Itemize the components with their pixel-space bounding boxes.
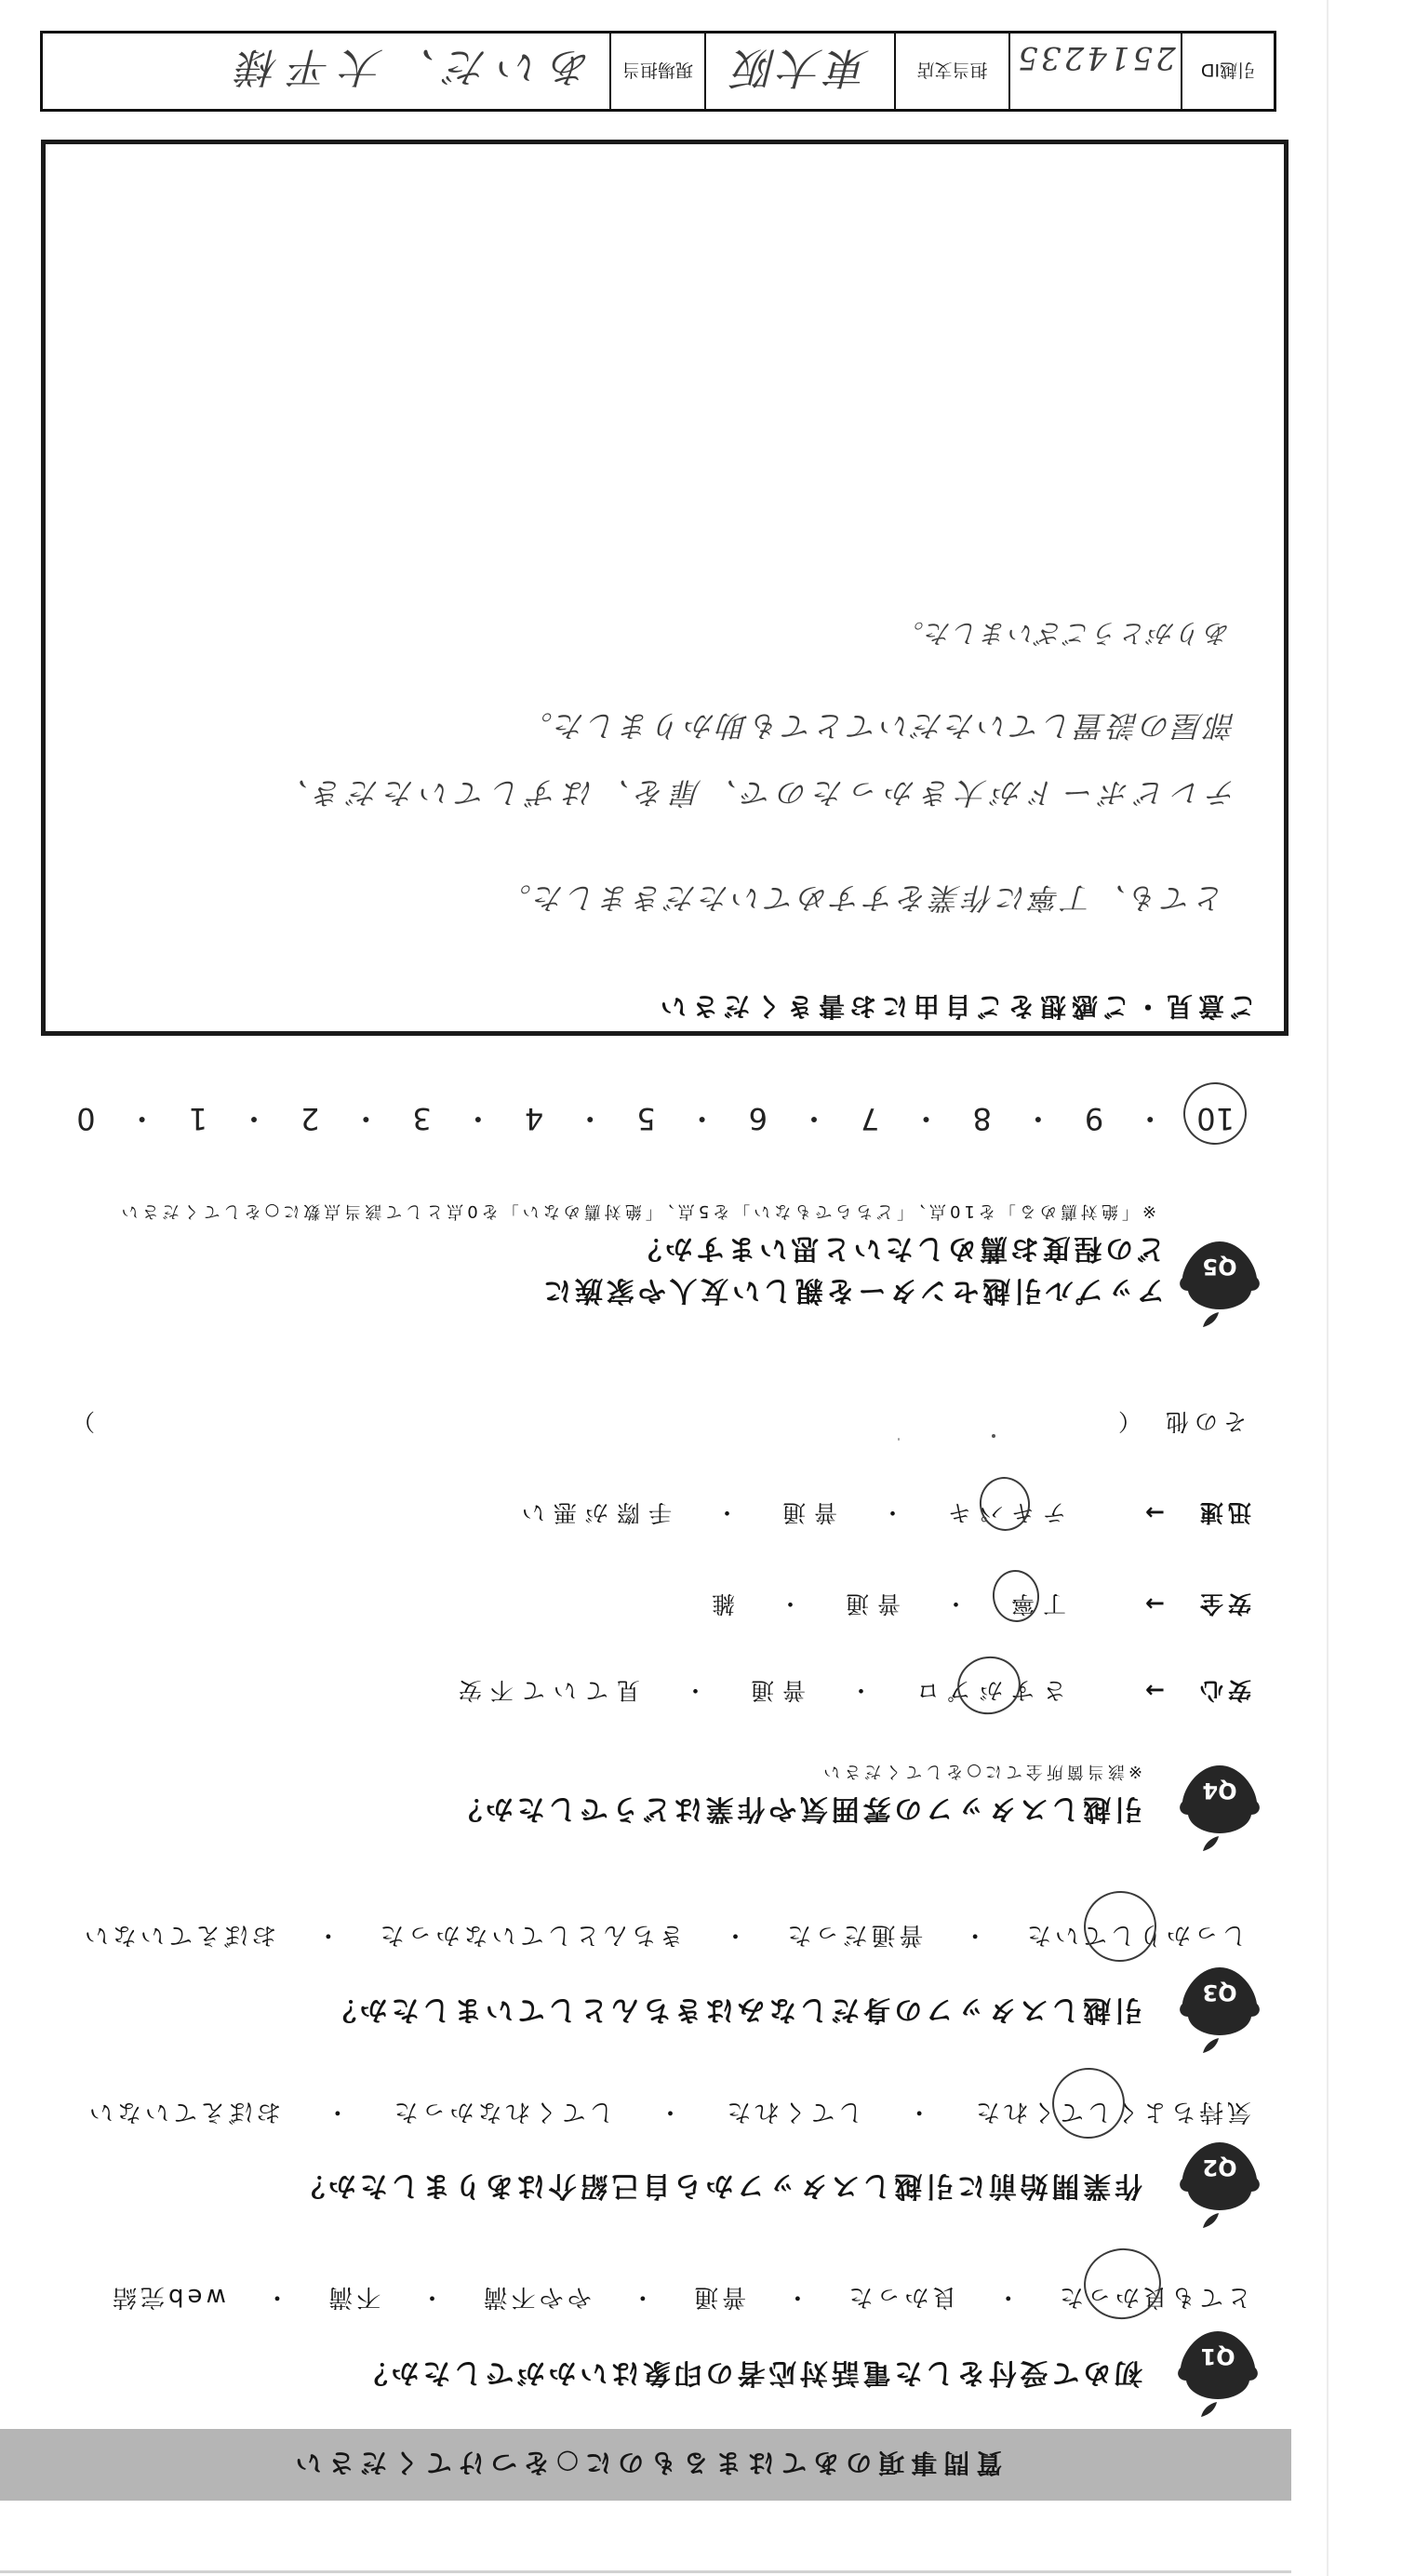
separator-dot: ・ [575,1103,605,1134]
q3-apple-badge-icon: Q3 [1177,1966,1262,2054]
staff-label: 現場担当 [622,59,693,84]
q1-apple-badge-icon: Q1 [1175,2329,1261,2418]
separator-dot: ・ [936,1590,968,1617]
q2-option: おぼえていない [86,2098,281,2126]
q2-badge-label: Q2 [1202,2154,1236,2180]
apple-icon: Q5 [1177,1240,1262,1328]
staff-label-cell: 現場担当 [609,34,704,109]
separator-dot: ・ [903,2098,931,2126]
instruction-banner: 質問事項のあてはまるものに○をつけてください [0,2429,1291,2501]
arrow-right-icon: → [1066,1676,1165,1704]
q3-selected-circle [1078,1885,1162,1967]
paren-close: ） [72,1407,95,1435]
handwritten-comment-line: ありがとうございました。 [896,612,1231,653]
q5-question-text-line2: どの程度お薦めしたいと思いますか？ [630,1233,1165,1263]
separator-dot: ・ [841,1676,873,1704]
score-1: 1 [189,1103,207,1134]
q5-question-text-line1: アップル引越センターを親しい友人や家族に [541,1275,1166,1305]
q5-apple-badge-icon: Q5 [1177,1240,1262,1328]
separator-dot: ・ [720,1921,748,1949]
q5-selected-circle [1180,1079,1251,1149]
q1-question-text: 初めて受付をした電話対応者の印象はいかがでしたか？ [356,2357,1142,2387]
q2-question-text: 作業開始前に引越しスタッフから自己紹介はありましたか？ [293,2170,1142,2200]
q1-options: とても良かった ・ 良かった ・ 普通 ・ やや不満 ・ 不満 ・ web完結 [109,2283,1251,2311]
score-2: 2 [300,1103,319,1134]
score-7: 7 [861,1103,879,1134]
branch-value-cell: 東大阪 [704,34,894,109]
separator-dot: ・ [799,1103,829,1134]
arrow-right-icon: → [1066,1590,1165,1617]
q4-option: 見ていて不安 [450,1676,640,1704]
handwritten-comment-line: テレビボードが大きかったので、扉を、はずしていただき、 [273,772,1237,813]
paren-open: （ [1118,1407,1142,1435]
q1-option: 不満 [325,2283,381,2311]
separator-dot: ・ [688,1103,717,1134]
q3-option: 普通だった [783,1921,923,1949]
separator-dot: ・ [1023,1103,1053,1134]
q5-score-scale: 10 ・ 9 ・ 8 ・ 7 ・ 6 ・ 5 ・ 4 ・ 3 ・ 2 ・ 1 ・… [76,1103,1235,1134]
q4-other-label: その他 [1142,1407,1247,1435]
score-9: 9 [1085,1103,1103,1134]
score-6: 6 [749,1103,768,1134]
q4-option: 普通 [774,1498,837,1526]
q1-option: web完結 [109,2283,226,2311]
separator-dot: ・ [322,2098,350,2126]
instruction-banner-text: 質問事項のあてはまるものに○をつけてください [289,2447,1002,2484]
separator-dot: ・ [416,2283,444,2311]
separator-dot: ・ [993,2283,1021,2311]
q4-badge-label: Q4 [1202,1778,1236,1804]
q4-option: 雑 [703,1590,735,1617]
q4-row-label: 迅速 [1165,1498,1251,1526]
q2-option: してくれなかった [391,2098,614,2126]
q4-row-anzen: 安全 → 丁寧 ・ 普通 ・ 雑 [703,1590,1251,1617]
q4-anshin-selected-circle [952,1651,1025,1721]
q3-question-text: 引越しスタッフの身だしなみはきちんとしていましたか？ [325,1994,1142,2024]
move-id-label-cell: 引越ID [1181,34,1274,109]
scan-edge-horizontal [0,2570,1291,2573]
q5-note: ※「絶対薦める」を10点、「どちらでもない」を5点、「絶対薦めない」を0点として… [118,1201,1156,1220]
q2-option: してくれた [723,2098,862,2126]
q3-options: しっかりしていた ・ 普通だった ・ きちんとしていなかった ・ おぼえていない [81,1921,1247,1949]
q4-option: 普通 [742,1676,806,1704]
score-4: 4 [525,1103,543,1134]
pencil-mark [992,1434,995,1438]
separator-dot: ・ [313,1921,340,1949]
q2-selected-circle [1047,2062,1130,2144]
branch-label: 担当支店 [917,59,988,84]
q4-option: 手際が悪い [514,1498,672,1526]
separator-dot: ・ [1135,1103,1165,1134]
q4-row-jinsoku: 迅速 → テキパキ ・ 普通 ・ 手際が悪い [514,1498,1251,1526]
score-3: 3 [412,1103,431,1134]
staff-value: あいだ、大平様 [227,42,592,101]
separator-dot: ・ [627,2283,655,2311]
q1-selected-circle [1079,2244,1166,2325]
arrow-right-icon: → [1066,1498,1165,1526]
q4-note: ※該当箇所全てに○をしてください [820,1762,1142,1780]
branch-value: 東大阪 [730,41,870,102]
questionnaire-page: 質問事項のあてはまるものに○をつけてください Q1 初めて受付をした電話対応者の… [0,0,1402,2576]
separator-dot: ・ [127,1103,157,1134]
q3-badge-label: Q3 [1202,1979,1236,2006]
q3-option: おぼえていない [81,1921,276,1949]
pencil-mark [898,1438,900,1441]
move-info-table: 引越ID 2514235 担当支店 東大阪 現場担当 あいだ、大平様 [40,31,1276,112]
q4-row-label: 安心 [1165,1676,1251,1704]
q3-option: きちんとしていなかった [377,1921,684,1949]
staff-value-cell: あいだ、大平様 [43,34,609,109]
apple-icon: Q3 [1177,1966,1262,2054]
separator-dot: ・ [770,1590,802,1617]
separator-dot: ・ [781,2283,809,2311]
scan-edge-vertical [1327,0,1329,2576]
q1-option: 普通 [690,2283,746,2311]
separator-dot: ・ [675,1676,707,1704]
q1-option: 良かった [846,2283,957,2311]
apple-icon: Q4 [1177,1764,1262,1852]
separator-dot: ・ [873,1498,904,1526]
handwritten-comment-line: 部屋の設置していただいてとても助かりました。 [520,705,1236,746]
score-5: 5 [636,1103,655,1134]
separator-dot: ・ [239,1103,269,1134]
q4-question-text: 引越しスタッフの雰囲気や作業はどうでしたか？ [450,1793,1142,1823]
move-id-value: 2514235 [1015,39,1175,76]
score-0: 0 [76,1103,95,1134]
q4-apple-badge-icon: Q4 [1177,1764,1262,1852]
q4-row-anshin: 安心 → さすがプロ ・ 普通 ・ 見ていて不安 [450,1676,1251,1704]
apple-icon: Q1 [1175,2329,1261,2418]
separator-dot: ・ [261,2283,289,2311]
separator-dot: ・ [351,1103,381,1134]
q4-other-row: その他 （ ） [72,1407,1247,1435]
comments-box: ご意見・ご感想をご自由にお書きください とても、丁寧に作業をすすめていただきまし… [41,140,1289,1036]
separator-dot: ・ [959,1921,987,1949]
q1-option: やや不満 [480,2283,592,2311]
score-8: 8 [972,1103,991,1134]
comments-label: ご意見・ご感想をご自由にお書きください [655,992,1256,1020]
separator-dot: ・ [911,1103,941,1134]
move-id-label: 引越ID [1201,59,1255,84]
q2-apple-badge-icon: Q2 [1177,2140,1262,2229]
q4-row-label: 安全 [1165,1590,1251,1617]
separator-dot: ・ [463,1103,493,1134]
branch-label-cell: 担当支店 [894,34,1008,109]
separator-dot: ・ [707,1498,739,1526]
apple-icon: Q2 [1177,2140,1262,2229]
q5-badge-label: Q5 [1202,1254,1236,1280]
move-id-value-cell: 2514235 [1008,34,1181,109]
separator-dot: ・ [655,2098,683,2126]
q4-option: 普通 [837,1590,901,1617]
handwritten-comment-line: とても、丁寧に作業をすすめていただきました。 [499,878,1225,919]
q1-badge-label: Q1 [1200,2343,1235,2369]
